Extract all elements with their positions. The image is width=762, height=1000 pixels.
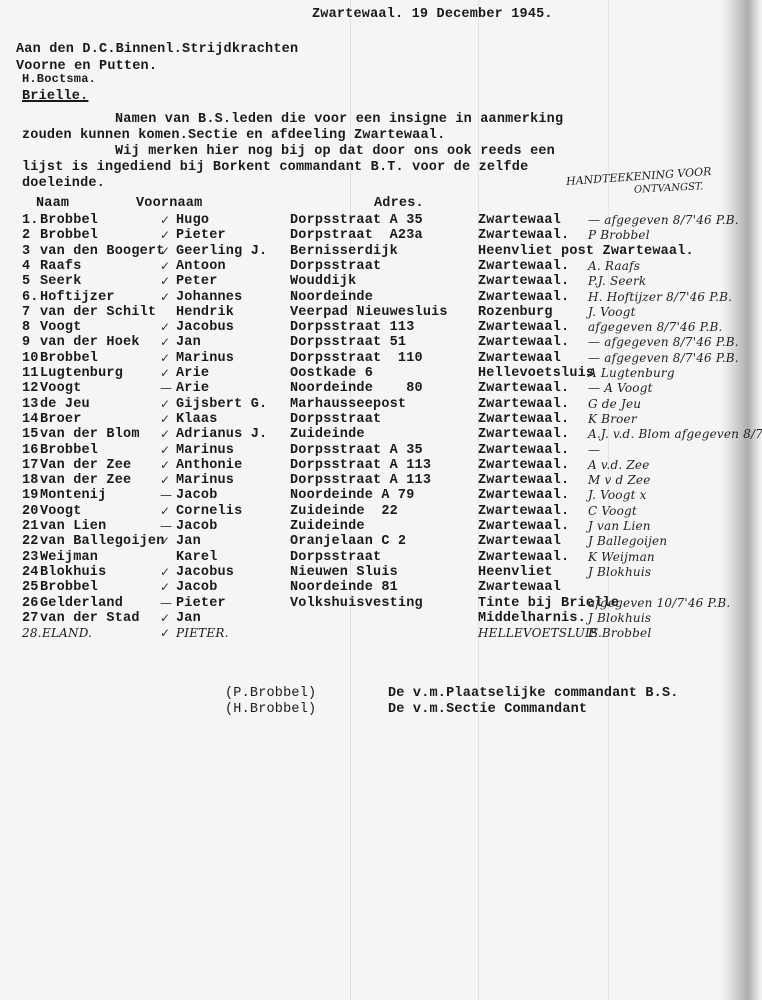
signature: J. Voogt [588, 305, 636, 320]
place: Zwartewaal. [478, 335, 569, 350]
row-number: 26 [22, 596, 39, 611]
row-number: 12 [22, 381, 39, 396]
place: Zwartewaal. [478, 519, 569, 534]
table-row: 28.ELAND.PIETER.HELLEVOETSLUIS.P. Brobbe… [0, 626, 762, 641]
first-name: Arie [176, 381, 209, 396]
signature: C Voogt [588, 504, 637, 519]
check-mark-icon: ✓ [160, 580, 170, 595]
row-number: 15 [22, 427, 39, 442]
last-name: van der Schilt [40, 305, 156, 320]
address: Noordeinde A 79 [290, 488, 415, 503]
check-mark-icon: ✓ [160, 290, 170, 305]
check-mark-icon: ✓ [160, 504, 170, 519]
first-name: Marinus [176, 443, 234, 458]
address: Marhausseepost [290, 397, 406, 412]
signature: P Brobbel [588, 228, 650, 243]
check-mark-icon: ✓ [160, 228, 170, 243]
address: Dorpsstraat 51 [290, 335, 406, 350]
row-number: 24 [22, 565, 39, 580]
signature: J van Lien [588, 519, 651, 534]
table-row: 24BlokhuisJacobusNieuwen SluisHeenvlietJ… [0, 565, 762, 580]
address: Dorpsstraat [290, 412, 381, 427]
address: Dorpsstraat A 113 [290, 473, 431, 488]
address: Dorpstraat A23a [290, 228, 423, 243]
table-row: 17Van der ZeeAnthonieDorpsstraat A 113Zw… [0, 458, 762, 473]
row-number: 3 [22, 244, 30, 259]
table-row: 1.BrobbelHugoDorpsstraat A 35Zwartewaal—… [0, 213, 762, 228]
table-row: 16BrobbelMarinusDorpsstraat A 35Zwartewa… [0, 443, 762, 458]
address: Dorpsstraat 110 [290, 351, 423, 366]
check-mark-icon: ✓ [160, 320, 170, 335]
place: Heenvliet [478, 565, 553, 580]
place: Heenvliet post Zwartewaal. [478, 244, 694, 259]
first-name: Arie [176, 366, 209, 381]
row-number: 5 [22, 274, 30, 289]
signature: A. Raafs [588, 259, 640, 274]
row-number: 17 [22, 458, 39, 473]
place: Zwartewaal. [478, 550, 569, 565]
address: Volkshuisvesting [290, 596, 423, 611]
last-name: de Jeu [40, 397, 90, 412]
row-number: 13 [22, 397, 39, 412]
row-number: 1. [22, 213, 39, 228]
check-mark-icon: ✓ [160, 443, 170, 458]
body-para1-line1: Namen van B.S.leden die voor een insigne… [115, 112, 563, 127]
check-mark-icon: ✓ [160, 611, 170, 626]
first-name: Marinus [176, 473, 234, 488]
row-number: 25 [22, 580, 39, 595]
first-name: Peter [176, 274, 218, 289]
body-para1-line2: zouden kunnen komen.Sectie en afdeeling … [22, 128, 445, 143]
last-name: Brobbel [40, 213, 98, 228]
address: Veerpad Nieuwesluis [290, 305, 448, 320]
place: Zwartewaal [478, 580, 561, 595]
signature: H. Hoftijzer 8/7'46 P.B. [588, 290, 732, 305]
check-mark-icon: ✓ [160, 274, 170, 289]
place: Zwartewaal. [478, 473, 569, 488]
signature: K Weijman [588, 550, 655, 565]
table-row: 5SeerkPeterWouddijkZwartewaal.P.J. Seerk… [0, 274, 762, 289]
table-row: 13de JeuGijsbert G.MarhausseepostZwartew… [0, 397, 762, 412]
signature: A Lugtenburg [588, 366, 675, 381]
place: Zwartewaal. [478, 381, 569, 396]
address: Dorpsstraat [290, 259, 381, 274]
place: Middelharnis. [478, 611, 586, 626]
first-name: Jacob [176, 580, 218, 595]
row-number: 10 [22, 351, 39, 366]
place: Zwartewaal. [478, 412, 569, 427]
place: HELLEVOETSLUIS. [478, 626, 602, 641]
row-number: 16 [22, 443, 39, 458]
last-name: Brobbel [40, 351, 98, 366]
signature: afgegeven 10/7'46 P.B. [588, 596, 730, 611]
check-mark-icon: ✓ [160, 366, 170, 381]
addressee-line-4: Brielle. [22, 89, 88, 104]
last-name: van der Blom [40, 427, 140, 442]
row-number: 11 [22, 366, 39, 381]
signature: — afgegeven 8/7'46 P.B. [588, 351, 739, 366]
place: Zwartewaal. [478, 274, 569, 289]
table-row: 9van der HoekJanDorpsstraat 51Zwartewaal… [0, 335, 762, 350]
first-name: PIETER. [176, 626, 229, 641]
address: Zuideinde [290, 427, 365, 442]
address: Zuideinde 22 [290, 504, 398, 519]
table-row: 21van LienJacobZuideindeZwartewaal.J van… [0, 519, 762, 534]
last-name: Brobbel [40, 443, 98, 458]
body-para2-line1: Wij merken hier nog bij op dat door ons … [115, 144, 555, 159]
signature: — [588, 443, 600, 458]
addressee-line-1: Aan den D.C.Binnenl.Strijdkrachten [16, 42, 298, 57]
row-number: 6. [22, 290, 39, 305]
check-mark-icon: ✓ [160, 397, 170, 412]
last-name: Weijman [40, 550, 98, 565]
first-name: Hendrik [176, 305, 234, 320]
date-line: Zwartewaal. 19 December 1945. [312, 7, 553, 22]
place: Zwartewaal. [478, 504, 569, 519]
signature: afgegeven 8/7'46 P.B. [588, 320, 723, 335]
address: Dorpsstraat A 35 [290, 443, 423, 458]
last-name: van der Stad [40, 611, 140, 626]
address: Zuideinde [290, 519, 365, 534]
place: Zwartewaal. [478, 397, 569, 412]
place: Zwartewaal [478, 213, 561, 228]
table-row: 14BroerKlaasDorpsstraatZwartewaal.K Broe… [0, 412, 762, 427]
address: Noordeinde 80 [290, 381, 423, 396]
table-row: 10BrobbelMarinusDorpsstraat 110Zwartewaa… [0, 351, 762, 366]
last-name: ELAND. [42, 626, 92, 641]
signature: — afgegeven 8/7'46 P.B. [588, 335, 739, 350]
place: Zwartewaal. [478, 427, 569, 442]
signature: J Blokhuis [588, 611, 651, 626]
first-name: Jacob [176, 488, 218, 503]
document-page: Zwartewaal. 19 December 1945. Aan den D.… [0, 0, 762, 1000]
table-row: 3van den BoogertGeerling J.Bernisserdijk… [0, 244, 762, 259]
table-row: 20VoogtCornelisZuideinde 22Zwartewaal.C … [0, 504, 762, 519]
table-row: 18van der ZeeMarinusDorpsstraat A 113Zwa… [0, 473, 762, 488]
address: Oranjelaan C 2 [290, 534, 406, 549]
last-name: Voogt [40, 381, 82, 396]
last-name: Hoftijzer [40, 290, 115, 305]
address: Dorpsstraat [290, 550, 381, 565]
row-number: 9 [22, 335, 30, 350]
check-mark-icon: ✓ [160, 244, 170, 259]
row-number: 14 [22, 412, 39, 427]
address: Dorpsstraat 113 [290, 320, 415, 335]
footer-sig1-name: (P.Brobbel) [225, 686, 316, 701]
table-row: 4RaafsAntoonDorpsstraatZwartewaal.A. Raa… [0, 259, 762, 274]
signature: P. Brobbel [588, 626, 651, 641]
signature: — A Voogt [588, 381, 653, 396]
check-mark-icon: — [160, 596, 172, 611]
last-name: van Ballegoijen [40, 534, 165, 549]
row-number: 21 [22, 519, 39, 534]
row-number: 23 [22, 550, 39, 565]
row-number: 28. [22, 626, 42, 641]
first-name: Adrianus J. [176, 427, 267, 442]
first-name: Johannes [176, 290, 242, 305]
table-row: 22van BallegoijenJanOranjelaan C 2Zwarte… [0, 534, 762, 549]
address: Wouddijk [290, 274, 356, 289]
footer-sig1-title: De v.m.Plaatselijke commandant B.S. [388, 686, 679, 701]
check-mark-icon: ✓ [160, 458, 170, 473]
table-row: 6.HoftijzerJohannesNoordeindeZwartewaal.… [0, 290, 762, 305]
first-name: Jacobus [176, 320, 234, 335]
row-number: 4 [22, 259, 30, 274]
check-mark-icon: — [160, 488, 172, 503]
last-name: van den Boogert [40, 244, 165, 259]
last-name: Blokhuis [40, 565, 106, 580]
last-name: Broer [40, 412, 82, 427]
place: Zwartewaal [478, 534, 561, 549]
place: Zwartewaal. [478, 458, 569, 473]
place: Rozenburg [478, 305, 553, 320]
signature: M v d Zee [588, 473, 651, 488]
place: Zwartewaal [478, 351, 561, 366]
last-name: van der Hoek [40, 335, 140, 350]
last-name: Raafs [40, 259, 82, 274]
signature: J. Voogt x [588, 488, 647, 503]
table-row: 25BrobbelJacobNoordeinde 81Zwartewaal✓ [0, 580, 762, 595]
address: Nieuwen Sluis [290, 565, 398, 580]
last-name: Gelderland [40, 596, 123, 611]
signature: G de Jeu [588, 397, 641, 412]
table-row: 8VoogtJacobusDorpsstraat 113Zwartewaal.a… [0, 320, 762, 335]
check-mark-icon: ✓ [160, 534, 170, 549]
row-number: 7 [22, 305, 30, 320]
last-name: Lugtenburg [40, 366, 123, 381]
row-number: 8 [22, 320, 30, 335]
check-mark-icon: ✓ [160, 259, 170, 274]
table-row: 12VoogtArieNoordeinde 80Zwartewaal.— A V… [0, 381, 762, 396]
first-name: Klaas [176, 412, 218, 427]
first-name: Antoon [176, 259, 226, 274]
last-name: Voogt [40, 320, 82, 335]
first-name: Jacobus [176, 565, 234, 580]
address: Noordeinde [290, 290, 373, 305]
check-mark-icon: ✓ [160, 412, 170, 427]
address: Bernisserdijk [290, 244, 398, 259]
column-header-voornaam: Voornaam [136, 196, 202, 211]
place: Hellevoetsluis [478, 366, 594, 381]
body-para2-line3: doeleinde. [22, 176, 105, 191]
body-para2-line2: lijst is ingediend bij Borkent commandan… [22, 160, 528, 175]
table-row: 11LugtenburgArieOostkade 6Hellevoetsluis… [0, 366, 762, 381]
first-name: Geerling J. [176, 244, 267, 259]
signature: P.J. Seerk [588, 274, 646, 289]
column-header-naam: Naam [36, 196, 69, 211]
check-mark-icon: ✓ [160, 351, 170, 366]
check-mark-icon: ✓ [160, 213, 170, 228]
first-name: Pieter [176, 228, 226, 243]
table-row: 23WeijmanKarelDorpsstraatZwartewaal.K We… [0, 550, 762, 565]
first-name: Jan [176, 611, 201, 626]
first-name: Jan [176, 534, 201, 549]
first-name: Gijsbert G. [176, 397, 267, 412]
check-mark-icon: ✓ [160, 565, 170, 580]
row-number: 20 [22, 504, 39, 519]
row-number: 22 [22, 534, 39, 549]
last-name: Seerk [40, 274, 82, 289]
last-name: Brobbel [40, 228, 98, 243]
check-mark-icon: ✓ [160, 427, 170, 442]
place: Zwartewaal. [478, 228, 569, 243]
check-mark-icon: — [160, 381, 172, 396]
footer-sig2-name: (H.Brobbel) [225, 702, 316, 717]
first-name: Hugo [176, 213, 209, 228]
check-mark-icon: ✓ [160, 335, 170, 350]
place: Zwartewaal. [478, 259, 569, 274]
table-row: 2BrobbelPieterDorpstraat A23aZwartewaal.… [0, 228, 762, 243]
first-name: Anthonie [176, 458, 242, 473]
column-header-adres: Adres. [374, 196, 424, 211]
table-row: 15van der BlomAdrianus J.ZuideindeZwarte… [0, 427, 762, 442]
last-name: Voogt [40, 504, 82, 519]
place: Zwartewaal. [478, 290, 569, 305]
table-row: 27van der StadJanMiddelharnis.J Blokhuis… [0, 611, 762, 626]
row-number: 2 [22, 228, 30, 243]
handwritten-header-line2: ONTVANGST. [634, 181, 704, 196]
table-row: 7van der SchiltHendrikVeerpad Nieuweslui… [0, 305, 762, 320]
footer-sig2-title: De v.m.Sectie Commandant [388, 702, 587, 717]
addressee-line-3: H.Boctsma. [22, 72, 96, 87]
signature: A.J. v.d. Blom afgegeven 8/7'46 P.B. [588, 427, 762, 442]
signature: J Ballegoijen [588, 534, 667, 549]
first-name: Marinus [176, 351, 234, 366]
row-number: 18 [22, 473, 39, 488]
address: Noordeinde 81 [290, 580, 398, 595]
address: Dorpsstraat A 35 [290, 213, 423, 228]
row-number: 27 [22, 611, 39, 626]
check-mark-icon: ✓ [160, 473, 170, 488]
table-row: 26GelderlandPieterVolkshuisvestingTinte … [0, 596, 762, 611]
first-name: Pieter [176, 596, 226, 611]
last-name: van der Zee [40, 473, 131, 488]
check-mark-icon: — [160, 519, 172, 534]
last-name: Brobbel [40, 580, 98, 595]
row-number: 19 [22, 488, 39, 503]
first-name: Karel [176, 550, 218, 565]
check-mark-icon: ✓ [160, 626, 170, 641]
signature: K Broer [588, 412, 637, 427]
address: Oostkade 6 [290, 366, 373, 381]
table-row: 19MontenijJacobNoordeinde A 79Zwartewaal… [0, 488, 762, 503]
first-name: Jan [176, 335, 201, 350]
last-name: van Lien [40, 519, 106, 534]
signature: J Blokhuis [588, 565, 651, 580]
place: Zwartewaal. [478, 320, 569, 335]
first-name: Cornelis [176, 504, 242, 519]
signature: — afgegeven 8/7'46 P.B. [588, 213, 739, 228]
place: Zwartewaal. [478, 488, 569, 503]
last-name: Montenij [40, 488, 106, 503]
last-name: Van der Zee [40, 458, 131, 473]
address: Dorpsstraat A 113 [290, 458, 431, 473]
place: Zwartewaal. [478, 443, 569, 458]
first-name: Jacob [176, 519, 218, 534]
signature: A v.d. Zee [588, 458, 650, 473]
